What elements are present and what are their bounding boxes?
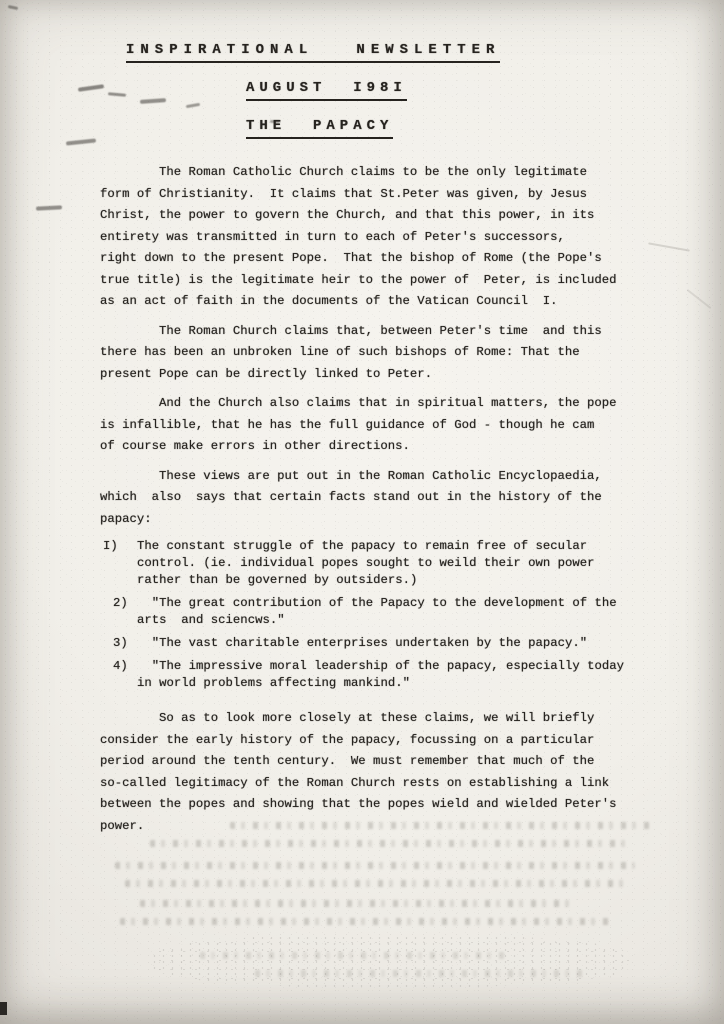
text-line: control. (ie. individual popes sought to…	[137, 555, 670, 572]
newsletter-title: INSPIRATIONAL NEWSLETTER	[126, 42, 660, 63]
text-line: rather than be governed by outsiders.)	[137, 572, 670, 589]
text-line: between the popes and showing that the p…	[100, 794, 670, 816]
text-line: as an act of faith in the documents of t…	[100, 291, 670, 313]
issue-date: AUGUST I98I	[246, 80, 660, 101]
text-line: "The vast charitable enterprises underta…	[137, 635, 670, 652]
text-line: which also says that certain facts stand…	[100, 487, 670, 509]
text-line: And the Church also claims that in spiri…	[100, 393, 670, 415]
text-line: These views are put out in the Roman Cat…	[100, 466, 670, 488]
paragraph: These views are put out in the Roman Cat…	[100, 466, 670, 531]
article-title-text: THE PAPACY	[246, 118, 393, 139]
ink-smudge	[8, 5, 18, 10]
list-item-number: 2)	[100, 595, 137, 629]
list-item-text: "The impressive moral leadership of the …	[137, 658, 670, 692]
text-line: in world problems affecting mankind."	[137, 675, 670, 692]
paragraph: The Roman Catholic Church claims to be t…	[100, 162, 670, 313]
text-line: "The great contribution of the Papacy to…	[137, 595, 670, 612]
text-line: consider the early history of the papacy…	[100, 730, 670, 752]
text-line: present Pope can be directly linked to P…	[100, 364, 670, 386]
text-line: true title) is the legitimate heir to th…	[100, 270, 670, 292]
text-line: power.	[100, 816, 670, 838]
text-line: is infallible, that he has the full guid…	[100, 415, 670, 437]
bleed-through-line	[140, 900, 570, 907]
bleed-through-line	[120, 918, 610, 925]
paragraph: So as to look more closely at these clai…	[100, 708, 670, 837]
text-line: papacy:	[100, 509, 670, 531]
list-item-number: 4)	[100, 658, 137, 692]
document-body: The Roman Catholic Church claims to be t…	[100, 162, 670, 845]
list-item-text: "The vast charitable enterprises underta…	[137, 635, 670, 652]
text-line: arts and sciencws."	[137, 612, 670, 629]
numbered-list-item: 2) "The great contribution of the Papacy…	[100, 595, 670, 629]
list-item-number: I)	[100, 538, 137, 589]
text-line: of course make errors in other direction…	[100, 436, 670, 458]
numbered-list-item: 4) "The impressive moral leadership of t…	[100, 658, 670, 692]
text-line: "The impressive moral leadership of the …	[137, 658, 670, 675]
scanned-document-page: INSPIRATIONAL NEWSLETTER AUGUST I98I THE…	[0, 0, 724, 1024]
text-line: The constant struggle of the papacy to r…	[137, 538, 670, 555]
document-header: INSPIRATIONAL NEWSLETTER AUGUST I98I THE…	[100, 42, 660, 139]
text-line: So as to look more closely at these clai…	[100, 708, 670, 730]
bleed-through-line	[125, 880, 625, 887]
text-line: entirety was transmitted in turn to each…	[100, 227, 670, 249]
text-line: so-called legitimacy of the Roman Church…	[100, 773, 670, 795]
bleed-through-line	[115, 862, 635, 869]
list-item-text: The constant struggle of the papacy to r…	[137, 538, 670, 589]
text-line: Christ, the power to govern the Church, …	[100, 205, 670, 227]
newsletter-title-text: INSPIRATIONAL NEWSLETTER	[126, 42, 500, 63]
paragraph: The Roman Church claims that, between Pe…	[100, 321, 670, 386]
scan-edge-mark	[0, 1002, 7, 1015]
scan-noise-band	[150, 935, 630, 987]
article-title: THE PAPACY	[246, 118, 660, 139]
text-line: The Roman Catholic Church claims to be t…	[100, 162, 670, 184]
paragraph: And the Church also claims that in spiri…	[100, 393, 670, 458]
ink-smudge	[66, 138, 96, 145]
scan-scratch	[687, 289, 712, 309]
text-line: form of Christianity. It claims that St.…	[100, 184, 670, 206]
text-line: period around the tenth century. We must…	[100, 751, 670, 773]
ink-smudge	[36, 205, 62, 210]
text-line: The Roman Church claims that, between Pe…	[100, 321, 670, 343]
text-line: there has been an unbroken line of such …	[100, 342, 670, 364]
list-item-number: 3)	[100, 635, 137, 652]
numbered-list-item: I)The constant struggle of the papacy to…	[100, 538, 670, 589]
numbered-list-item: 3) "The vast charitable enterprises unde…	[100, 635, 670, 652]
list-item-text: "The great contribution of the Papacy to…	[137, 595, 670, 629]
text-line: right down to the present Pope. That the…	[100, 248, 670, 270]
issue-date-text: AUGUST I98I	[246, 80, 407, 101]
